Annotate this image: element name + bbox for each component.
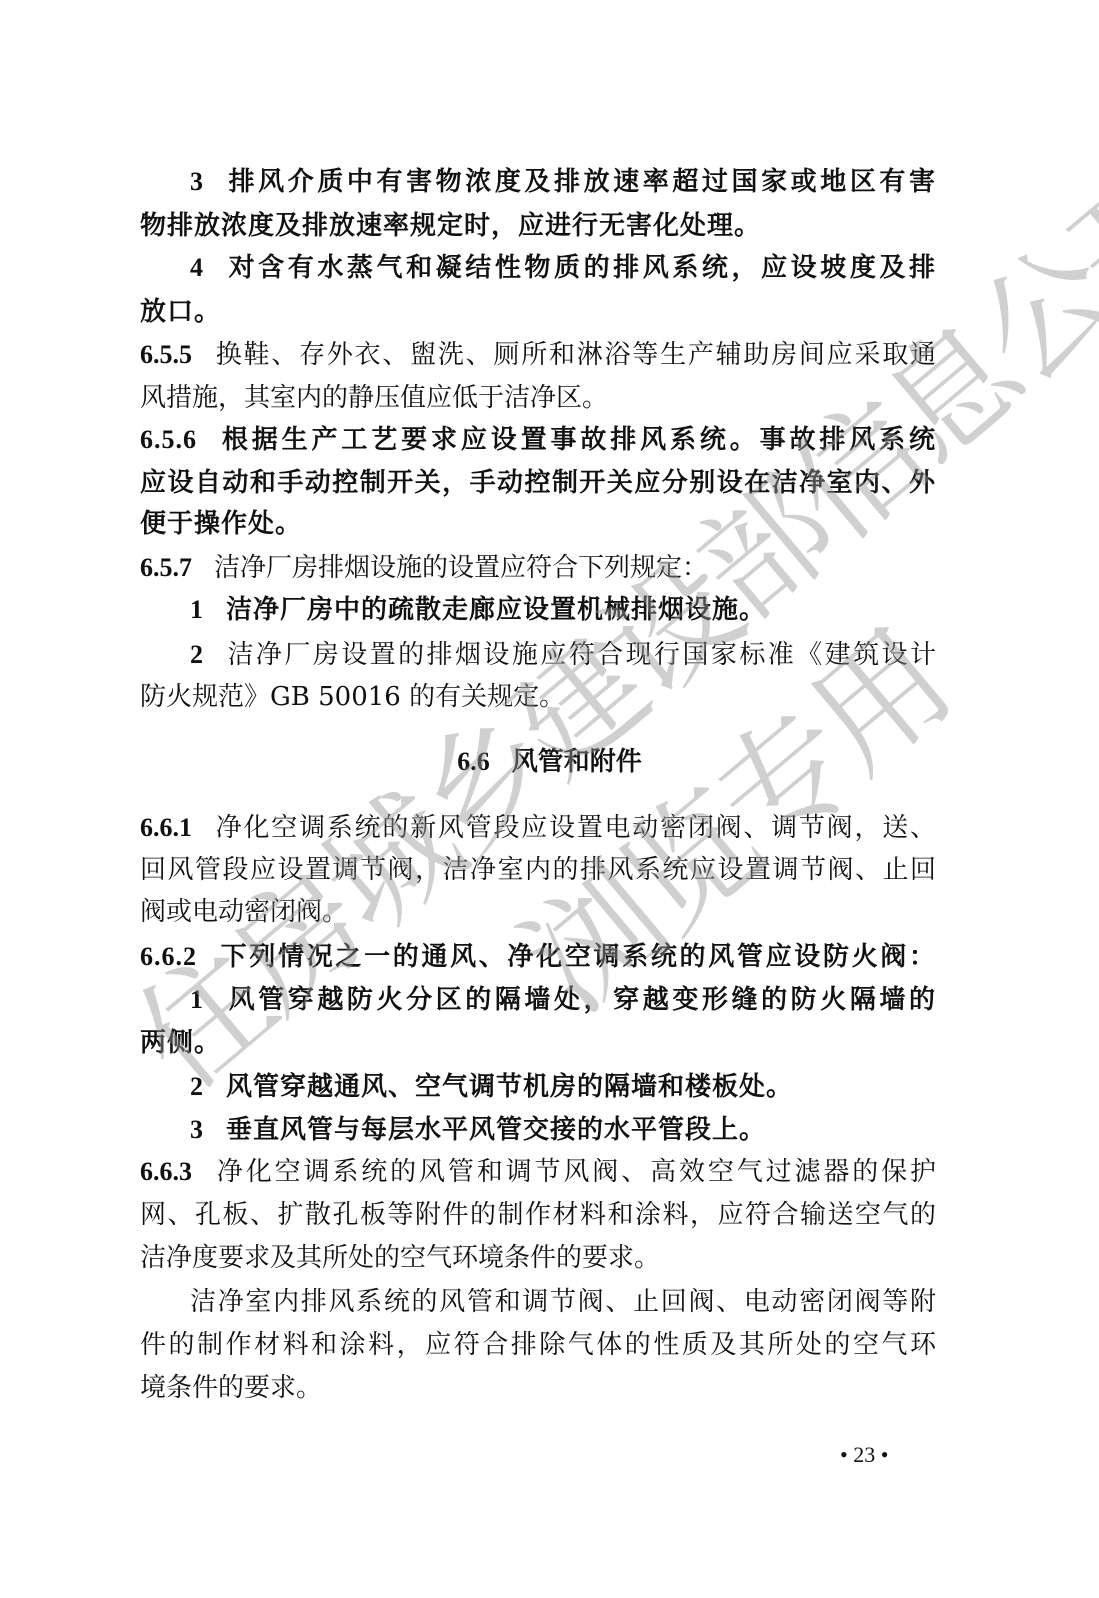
clause-6-5-5-line1: 6.5.5换鞋、存外衣、盥洗、厕所和淋浴等生产辅助房间应采取通: [140, 334, 936, 376]
clause-number: 6.6.3: [140, 1151, 192, 1193]
section-number: 6.6: [457, 747, 490, 776]
clause-6-6-1-line3: 阀或电动密闭阀。: [140, 891, 936, 933]
clause-6-5-7-item1: 1洁净厂房中的疏散走廊应设置机械排烟设施。: [190, 589, 936, 631]
clause-6-5-6-line2: 应设自动和手动控制开关，手动控制开关应分别设在洁净室内、外: [140, 462, 936, 504]
clause-6-6-3-para2-line1: 洁净室内排风系统的风管和调节阀、止回阀、电动密闭阀等附: [190, 1281, 936, 1323]
clause-6-6-2-item3: 3垂直风管与每层水平风管交接的水平管段上。: [190, 1109, 936, 1151]
clause-6-6-2-item2: 2风管穿越通风、空气调节机房的隔墙和楼板处。: [190, 1066, 936, 1108]
item-number: 2: [190, 634, 203, 676]
clause-6-6-3-line1: 6.6.3净化空调系统的风管和调节风阀、高效空气过滤器的保护: [140, 1151, 936, 1193]
clause-6-6-2-line1: 6.6.2下列情况之一的通风、净化空调系统的风管应设防火阀：: [140, 936, 936, 978]
clause-6-5-6-line1: 6.5.6根据生产工艺要求应设置事故排风系统。事故排风系统: [140, 419, 936, 461]
section-heading: 6.6风管和附件: [0, 741, 1099, 783]
clause-6-5-7-item2-line2: 防火规范》GB 50016 的有关规定。: [140, 676, 936, 718]
document-page: 3排风介质中有害物浓度及排放速率超过国家或地区有害 物排放浓度及排放速率规定时，…: [0, 0, 1099, 1598]
clause-6-6-3-line2: 网、孔板、扩散孔板等附件的制作材料和涂料，应符合输送空气的: [140, 1194, 936, 1236]
item-3-line2: 物排放浓度及排放速率规定时，应进行无害化处理。: [140, 205, 936, 247]
item-number: 3: [190, 1109, 204, 1151]
clause-6-6-2-item1-line2: 两侧。: [140, 1022, 936, 1064]
item-4-line2: 放口。: [140, 291, 936, 333]
page-number: • 23 •: [840, 1442, 888, 1468]
clause-6-6-3-para2-line2: 件的制作材料和涂料，应符合排除气体的性质及其所处的空气环: [140, 1324, 936, 1366]
clause-6-5-6-line3: 便于操作处。: [140, 503, 936, 545]
clause-6-5-7-line1: 6.5.7洁净厂房排烟设施的设置应符合下列规定：: [140, 547, 936, 589]
clause-6-6-2-item1-line1: 1风管穿越防火分区的隔墙处，穿越变形缝的防火隔墙的: [190, 979, 936, 1021]
item-3-line1: 3排风介质中有害物浓度及排放速率超过国家或地区有害: [190, 161, 936, 203]
clause-6-6-1-line1: 6.6.1净化空调系统的新风管段应设置电动密闭阀、调节阀，送、: [140, 807, 936, 849]
item-4-line1: 4对含有水蒸气和凝结性物质的排风系统，应设坡度及排: [190, 247, 936, 289]
clause-number: 6.5.6: [140, 419, 197, 461]
item-number: 2: [190, 1066, 204, 1108]
clause-6-6-3-line3: 洁净度要求及其所处的空气环境条件的要求。: [140, 1237, 936, 1279]
clause-number: 6.6.1: [140, 807, 192, 849]
item-number: 3: [190, 161, 204, 203]
section-title: 风管和附件: [512, 747, 642, 777]
item-number: 1: [190, 979, 204, 1021]
clause-number: 6.6.2: [140, 936, 197, 978]
item-number: 1: [190, 589, 204, 631]
clause-6-5-7-item2-line1: 2洁净厂房设置的排烟设施应符合现行国家标准《建筑设计: [190, 634, 936, 676]
clause-number: 6.5.7: [140, 547, 192, 589]
item-number: 4: [190, 247, 204, 289]
clause-6-5-5-line2: 风措施，其室内的静压值应低于洁净区。: [140, 377, 936, 419]
clause-6-6-1-line2: 回风管段应设置调节阀，洁净室内的排风系统应设置调节阀、止回: [140, 849, 936, 891]
clause-number: 6.5.5: [140, 334, 192, 376]
clause-6-6-3-para2-line3: 境条件的要求。: [140, 1367, 936, 1409]
